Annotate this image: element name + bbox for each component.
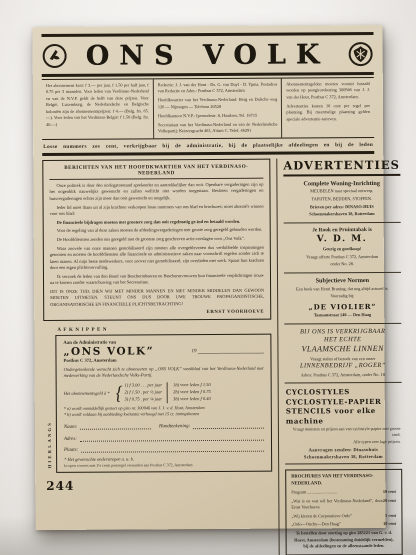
place-field-line — [81, 446, 264, 453]
imprint-line: Hoofdkantoor N.V.P.: Ipenrodestr. 8, Haa… — [158, 112, 278, 119]
brochure-name: „Oslo—Ouchy—Den Haag” — [291, 521, 340, 526]
form-date-field: 19 — [191, 348, 263, 354]
editorial-addresses: Redactie: J. J. van der Hout - Ds. G. va… — [153, 79, 283, 138]
ad-line: Alle typen zeer lage prijzen. — [286, 439, 401, 446]
brochure-item: 5 cent „Wij kiezen de Corporatieve Orde” — [291, 512, 396, 519]
article-paragraph-emphasis: De financieele bijdragen moeten met groo… — [50, 218, 264, 226]
form-fee-options: Het abonnementsgeld à * { 1) f 3.00 . . … — [64, 382, 264, 404]
article-paragraph: Ik verzoek de leden van den Bond van Bes… — [50, 272, 264, 286]
ad-line: LINNENBEDRIJF „ROGER” — [286, 362, 401, 371]
brochures-box: BROCHURES VAN HET VERDINASO-NEDERLAND. 1… — [285, 469, 402, 555]
article-paragraph: Ieder lid moet thans uit al zijn krachte… — [50, 203, 264, 217]
brochure-item: 10 cent Program ........................… — [291, 489, 396, 496]
advertisement-column: ADVERTENTIES Complete Woning-Inrichting … — [276, 157, 402, 555]
headquarters-article: BERICHTEN VAN HET HOOFDKWARTIER VAN HET … — [42, 158, 271, 321]
form-recipient-address: Postbus C 372, Amsterdam — [63, 357, 154, 363]
name-field-line — [80, 424, 151, 430]
masthead-top-rule — [42, 32, 374, 37]
brochure-price: 10 cent — [383, 489, 396, 496]
fee-member-option-list: 1b) voor leden f 1.50 2b) voor leden f 0… — [167, 382, 211, 403]
ad-woning-inrichting: Complete Woning-Inrichting MEUBELEN naar… — [283, 175, 400, 223]
form-date-dotted-line — [198, 348, 263, 354]
brochure-name: Program ............................ — [291, 490, 337, 495]
address-field-label: Adres: — [64, 437, 77, 442]
fee-option-list: 1) f 3.00 . . . per jaar 2) f 1.50 . per… — [124, 382, 162, 403]
ad-line: Tasmanstraat 140 — Den Haag — [285, 312, 400, 319]
newspaper-page: ONS VOLK Het abonnement kost: f 3.— per … — [32, 25, 385, 530]
ad-shop-name: „DE VIOLIER” — [285, 301, 400, 311]
brochures-title: BROCHURES VAN HET VERDINASO-NEDERLAND. — [291, 474, 396, 488]
ad-line: MEUBELEN naar speciaal ontwerp, — [284, 188, 399, 195]
subscription-form: Aan de Administratie van „ONS VOLK” Post… — [55, 333, 272, 472]
ad-line: Schoenmakershaven 38, Rotterdam — [285, 211, 400, 218]
article-paragraph: De Hoofddiensten zenden ons geregeld met… — [50, 236, 264, 244]
ad-line: Vraagt offerte Postbus C 372, Amsterdam — [285, 253, 400, 260]
imprint-line: Secretariaat van het Verdinaso-Nederland… — [158, 121, 278, 135]
ad-line: Een boek van Henri Bruning, dat nog alti… — [285, 285, 400, 292]
ad-title: Subjectieve Normen — [285, 277, 400, 285]
masthead: ONS VOLK — [42, 37, 374, 73]
imprint-line: Redactie: J. J. van der Hout - Ds. G. va… — [158, 82, 278, 96]
page-number: 244 — [46, 477, 272, 492]
fee-label: Het abonnementsgeld à * — [64, 390, 116, 395]
ad-line: VLAAMSCHE LINNEN — [285, 344, 400, 354]
fee-option: 3) f 0.75 . per ¼ jaar — [125, 396, 163, 403]
place-field-label: Plaats: — [64, 448, 78, 453]
lion-shield-emblem-icon — [348, 41, 374, 67]
address-field-line — [80, 434, 264, 441]
ad-cyclostyles: CYCLOSTYLES CYCLOSTYLE-PAPIER STENCILS v… — [285, 383, 402, 465]
article-paragraph-caps: DIT IS ONZE TIJD, DIEN WIJ MET MINDER MA… — [50, 288, 264, 308]
ad-vdm-tabak: Je Rook en Pruimtabak is V. D. M. Geurig… — [284, 223, 401, 274]
brochure-item: 10 cent „Oslo—Ouchy—Den Haag” — [291, 521, 396, 528]
brochure-name: „Wij kiezen de Corporatieve Orde” — [291, 513, 352, 518]
ad-title: Complete Woning-Inrichting — [284, 179, 399, 187]
form-footnote-mailing: In open couvert met 1½ cents postzegel v… — [64, 462, 264, 467]
main-column: BERICHTEN VAN HET HOOFDKWARTIER VAN HET … — [42, 158, 278, 555]
brace-glyph: { — [116, 383, 123, 403]
verdinaso-emblem-icon — [42, 43, 68, 69]
payment-advert-info: Abonnementsgelden moeten vooruit betaald… — [282, 78, 374, 137]
ad-subjectieve-normen: Subjectieve Normen Een boek van Henri Br… — [284, 273, 401, 324]
subscription-rates: Het abonnement kost: f 3.— per jaar, f 1… — [42, 79, 153, 138]
brochure-name: „Wat is en wat wil het Verdinaso-Nederla… — [291, 498, 383, 510]
ad-line: Brieven per adres: DINASO-HUIS — [285, 203, 400, 210]
brochure-item: 20 cent „Wat is en wat wil het Verdinaso… — [291, 498, 396, 512]
form-date-prefix: 19 — [191, 349, 196, 354]
ad-line: Aanvragen zenden: Dinasohuis — [286, 446, 401, 452]
name-field-label: Naam: — [64, 425, 77, 430]
ad-line: BIJ ONS IS VERKRIJGBAAR — [285, 328, 400, 337]
imprint-line: Advertenties kosten 10 cent per regel pe… — [286, 103, 370, 123]
imprint-line: Abonnementsgelden moeten vooruit betaald… — [286, 81, 370, 101]
imprint-line: Hoofdkwartier van het Verdinaso-Nederlan… — [158, 97, 278, 111]
ad-line: Geurig en goedkoop! — [285, 246, 400, 253]
article-paragraph: Waar zoovele van onze mannen gemobilisee… — [50, 245, 264, 272]
ad-line: Schoenmakershaven 38, Rotterdam — [286, 453, 401, 459]
ad-line: onder No. 28. — [285, 261, 400, 268]
form-intro-text: Ondergeteekende wenscht zich te abonneer… — [64, 366, 264, 380]
fee-member-option: 3b) voor leden f 0.40 — [173, 396, 211, 403]
advertenties-header: ADVERTENTIES — [283, 157, 400, 176]
signature-field-label: Handteekening: — [159, 424, 190, 429]
form-note-b: * b) wordt voldaan bij aanbieding kwitan… — [64, 411, 264, 419]
cut-here-label-top: AFKNIPPEN — [57, 326, 271, 332]
publication-title: ONS VOLK — [68, 41, 348, 70]
form-recipient-title: „ONS VOLK” — [63, 345, 154, 358]
cut-here-label-side: HIERLANGS — [47, 421, 52, 468]
brochure-price: 10 cent — [383, 521, 396, 528]
notice-bottom-rule — [42, 151, 374, 156]
imprint-bar: Het abonnement kost: f 3.— per jaar, f 1… — [42, 77, 374, 140]
article-paragraph: Onze politiek is door den oorlogstoestan… — [49, 182, 263, 202]
form-recipient-block: Aan de Administratie van „ONS VOLK” Post… — [63, 340, 154, 363]
ad-brand: V. D. M. — [285, 234, 400, 245]
ad-line: Vraagt monsters en prijzen aan van cyclo… — [286, 426, 401, 438]
brochures-order-info: Te bestellen door storting op giro 28522… — [292, 530, 397, 550]
ad-line: TAPIJTEN, BEDDEN, STOFFEN. — [285, 196, 400, 203]
ad-line: Voorradig bij: — [285, 293, 400, 300]
article-signature: ERNST VOORHOEVE — [50, 310, 264, 316]
article-title: BERICHTEN VAN HET HOOFDKWARTIER VAN HET … — [49, 163, 263, 180]
form-footnote-underline: * Het gewenschte onderstrepen a. u. b. — [64, 456, 264, 462]
masthead-bottom-rule — [42, 72, 374, 77]
signature-field-line — [193, 423, 264, 429]
article-paragraph: Voor de regeling van al deze zaken moete… — [50, 227, 264, 235]
ad-line: STENCILS voor elke machine — [286, 406, 401, 426]
ad-line: Adres: Postbus C 372, Amsterdam, onder N… — [286, 371, 401, 378]
ad-vlaamsche-linnen: BIJ ONS IS VERKRIJGBAAR HET ECHTE VLAAMS… — [284, 324, 401, 384]
brochure-price: 20 cent — [383, 498, 396, 505]
brochure-price: 5 cent — [385, 512, 396, 519]
ad-line: Je Rook en Pruimtabak is — [285, 227, 400, 234]
